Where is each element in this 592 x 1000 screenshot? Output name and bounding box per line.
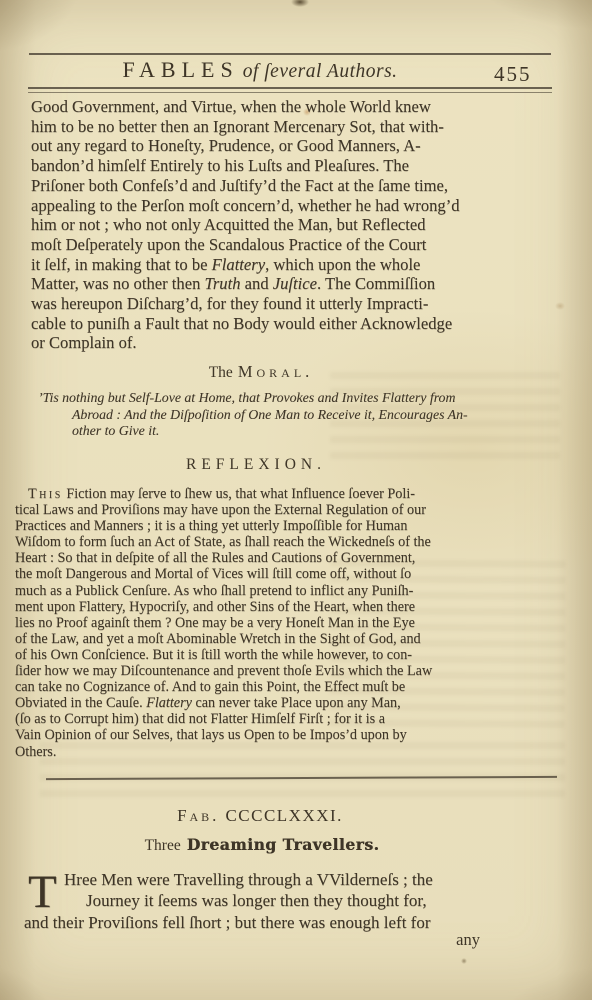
- text-line: Obviated in the Cauſe. Flattery can neve…: [15, 695, 515, 711]
- text-line: tical Laws and Proviſions may have upon …: [15, 502, 515, 518]
- moral-paragraph: ’Tis nothing but Self-Love at Home, that…: [38, 390, 538, 440]
- fable-number-heading: Fab.CCCCLXXXI.: [0, 806, 520, 826]
- text-line: him or not ; who not only Acquitted the …: [31, 215, 531, 235]
- page-number: 455: [494, 62, 532, 87]
- moral-heading-prefix: The: [209, 364, 233, 381]
- text-line: ’Tis nothing but Self-Love at Home, that…: [38, 390, 538, 407]
- header-bottom-rule-thin: [28, 92, 552, 93]
- fab-label: Fab.: [177, 806, 219, 825]
- text-line: ſider how we may Diſcountenance and prev…: [15, 663, 515, 679]
- header-top-rule: [29, 53, 551, 55]
- text-line: the moſt Dangerous and Mortal of Vices w…: [15, 566, 515, 582]
- text-line: This Fiction may ſerve to ſhew us, that …: [15, 486, 515, 502]
- reflexion-paragraph: This Fiction may ſerve to ſhew us, that …: [15, 486, 515, 760]
- fab-roman-numeral: CCCCLXXXI.: [225, 806, 342, 825]
- text-line: ment upon Flattery, Hypocriſy, and other…: [15, 599, 515, 615]
- text-line: Heart : So that in deſpite of all the Ru…: [15, 550, 515, 566]
- text-line: bandon’d himſelf Entirely to his Luſts a…: [31, 156, 531, 176]
- text-line: was hereupon Diſcharg’d, for they found …: [31, 294, 531, 314]
- text-line: or Complain of.: [31, 333, 531, 353]
- text-line: out any regard to Honeſty, Prudence, or …: [31, 136, 531, 156]
- text-line: Matter, was no other then Truth and Juſt…: [31, 274, 531, 294]
- text-line: Journey it ſeems was longer then they th…: [24, 890, 514, 911]
- fable-opening-paragraph: Hree Men were Travelling through a VVild…: [24, 869, 514, 933]
- text-line: appealing to the Perſon moſt concern’d, …: [31, 196, 531, 216]
- fable-title-blackletter: Dreaming Travellers.: [187, 835, 380, 854]
- text-line: other to Give it.: [38, 423, 538, 440]
- catchword: any: [24, 930, 480, 950]
- text-line: Wiſdom to form ſuch an Act of State, as …: [15, 534, 515, 550]
- book-page-scan: FABLESof ſeveral Authors. 455 Good Gover…: [0, 0, 592, 1000]
- text-line: can take no Cognizance of. And to gain t…: [15, 679, 515, 695]
- reflexion-heading: REFLEXION.: [0, 456, 512, 474]
- text-line: (ſo as to Corrupt him) that did not Flat…: [15, 711, 515, 727]
- text-line: Good Government, and Virtue, when the wh…: [31, 97, 531, 117]
- header-bottom-rule-thick: [28, 87, 552, 89]
- moral-heading-word: Moral.: [238, 362, 313, 381]
- text-line: much as a Publick Cenſure. As who ſhall …: [15, 583, 515, 599]
- text-line: lies no Proof againſt them ? One may be …: [15, 615, 515, 631]
- text-line: him to be no better then an Ignorant Mer…: [31, 117, 531, 137]
- moral-heading: TheMoral.: [0, 362, 522, 382]
- running-header: FABLESof ſeveral Authors.: [40, 57, 480, 83]
- text-line: cable to puniſh a Fault that no Body wou…: [31, 314, 531, 334]
- text-line: Vain Opinion of our Selves, that lays us…: [15, 727, 515, 743]
- text-line: of the Law, and yet a moſt Abominable Wr…: [15, 631, 515, 647]
- opening-paragraph: Good Government, and Virtue, when the wh…: [31, 97, 531, 353]
- text-line: moſt Deſperately upon the Scandalous Pra…: [31, 235, 531, 255]
- header-subtitle: of ſeveral Authors.: [243, 61, 398, 82]
- text-line: Priſoner both Confeſs’d and Juſtify’d th…: [31, 176, 531, 196]
- fable-title-prefix: Three: [145, 837, 181, 854]
- text-line: Others.: [15, 744, 515, 760]
- text-line: Hree Men were Travelling through a VVild…: [24, 869, 514, 890]
- text-line: Practices and Manners ; it is a thing ye…: [15, 518, 515, 534]
- header-title: FABLES: [122, 57, 238, 82]
- text-line: Abroad : And the Diſpoſition of One Man …: [38, 407, 538, 424]
- section-divider-rule: [46, 776, 557, 780]
- text-line: it ſelf, in making that to be Flattery, …: [31, 255, 531, 275]
- text-line: of his Own Conſcience. But it is ſtill w…: [15, 647, 515, 663]
- fable-title: ThreeDreaming Travellers.: [0, 835, 524, 855]
